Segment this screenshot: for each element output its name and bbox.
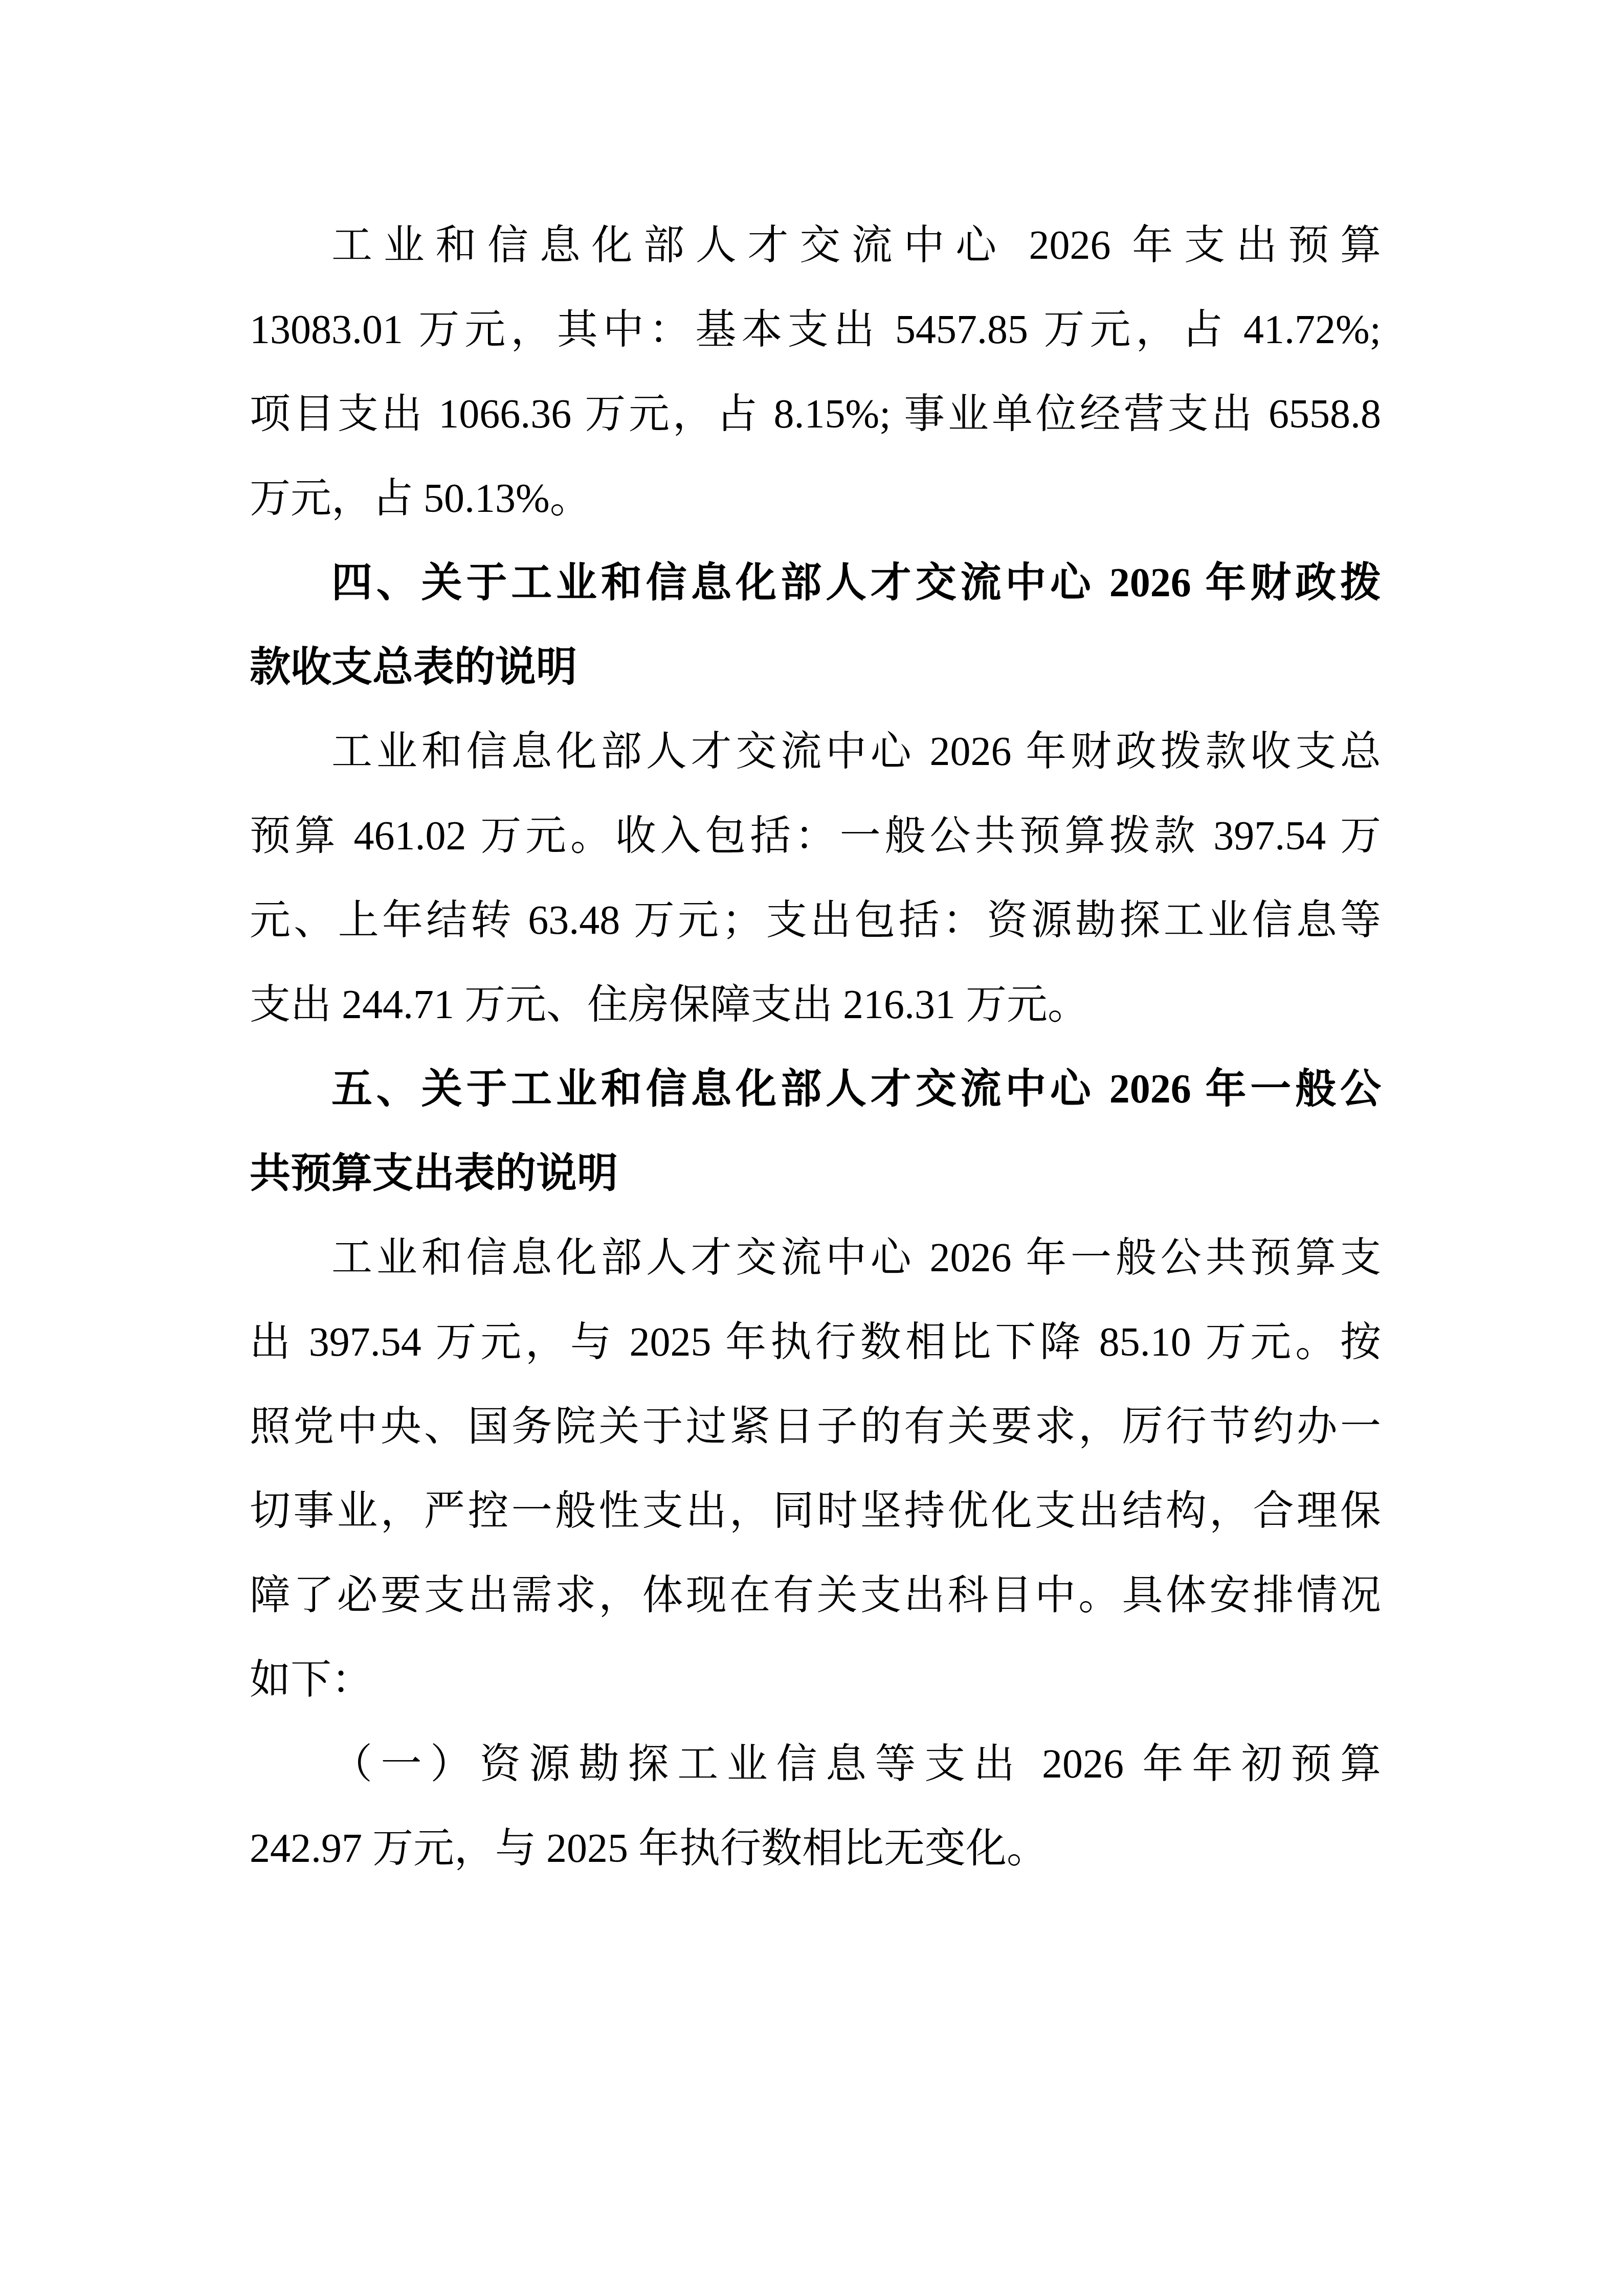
document-page: 工业和信息化部人才交流中心 2026 年支出预算13083.01 万元，其中：基… <box>0 0 1624 2296</box>
para-section-5-body-line-5: 障了必要支出需求，体现在有关支出科目中。具体安排情况 <box>250 1554 1381 1638</box>
para-expenditure-budget-summary-line-1: 工业和信息化部人才交流中心 2026 年支出预算 <box>250 204 1381 288</box>
para-section-4-body-line-2: 预算 461.02 万元。收入包括：一般公共预算拨款 397.54 万 <box>250 794 1381 879</box>
para-expenditure-budget-summary-line-4: 万元，占 50.13%。 <box>250 457 1381 541</box>
para-expenditure-budget-summary-line-2: 13083.01 万元，其中：基本支出 5457.85 万元，占 41.72%; <box>250 288 1381 372</box>
para-section-4-body-line-4: 支出 244.71 万元、住房保障支出 216.31 万元。 <box>250 963 1381 1047</box>
para-section-4-heading: 四、关于工业和信息化部人才交流中心 2026 年财政拨款收支总表的说明 <box>250 541 1381 710</box>
para-section-5-body-line-4: 切事业，严控一般性支出，同时坚持优化支出结构，合理保 <box>250 1469 1381 1554</box>
para-expenditure-budget-summary-line-3: 项目支出 1066.36 万元，占 8.15%; 事业单位经营支出 6558.8 <box>250 372 1381 457</box>
para-section-4-body-line-3: 元、上年结转 63.48 万元；支出包括：资源勘探工业信息等 <box>250 879 1381 963</box>
para-section-5-heading-line-2: 共预算支出表的说明 <box>250 1132 1381 1216</box>
para-section-5-heading: 五、关于工业和信息化部人才交流中心 2026 年一般公共预算支出表的说明 <box>250 1047 1381 1216</box>
para-section-5-heading-line-1: 五、关于工业和信息化部人才交流中心 2026 年一般公 <box>250 1047 1381 1132</box>
para-section-5-body-line-6: 如下： <box>250 1638 1381 1722</box>
para-item-1-resource-exploration-line-1: （一）资源勘探工业信息等支出 2026 年年初预算 <box>250 1722 1381 1807</box>
para-section-5-body: 工业和信息化部人才交流中心 2026 年一般公共预算支出 397.54 万元，与… <box>250 1216 1381 1722</box>
para-item-1-resource-exploration: （一）资源勘探工业信息等支出 2026 年年初预算242.97 万元，与 202… <box>250 1722 1381 1891</box>
para-section-5-body-line-2: 出 397.54 万元，与 2025 年执行数相比下降 85.10 万元。按 <box>250 1300 1381 1385</box>
para-section-5-body-line-1: 工业和信息化部人才交流中心 2026 年一般公共预算支 <box>250 1216 1381 1300</box>
para-section-4-heading-line-1: 四、关于工业和信息化部人才交流中心 2026 年财政拨 <box>250 541 1381 625</box>
document-body: 工业和信息化部人才交流中心 2026 年支出预算13083.01 万元，其中：基… <box>250 204 1381 1891</box>
para-item-1-resource-exploration-line-2: 242.97 万元，与 2025 年执行数相比无变化。 <box>250 1807 1381 1891</box>
para-section-4-body: 工业和信息化部人才交流中心 2026 年财政拨款收支总预算 461.02 万元。… <box>250 710 1381 1047</box>
para-section-4-heading-line-2: 款收支总表的说明 <box>250 625 1381 710</box>
para-expenditure-budget-summary: 工业和信息化部人才交流中心 2026 年支出预算13083.01 万元，其中：基… <box>250 204 1381 541</box>
para-section-5-body-line-3: 照党中央、国务院关于过紧日子的有关要求，厉行节约办一 <box>250 1385 1381 1469</box>
para-section-4-body-line-1: 工业和信息化部人才交流中心 2026 年财政拨款收支总 <box>250 710 1381 794</box>
